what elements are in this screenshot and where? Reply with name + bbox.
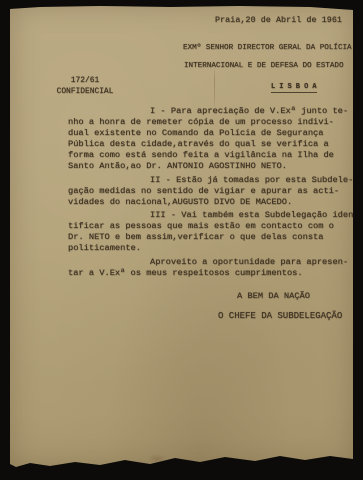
letter-line: tificar as pessoas que mais estão em con…: [68, 221, 352, 232]
letter-line: II - Estão já tomadas por esta Subdele-: [68, 175, 352, 186]
letter-line: Pública desta cidade,através do qual se …: [68, 139, 352, 150]
letter-paper: Praia,20 de Abril de 1961 EXMº SENHOR DI…: [10, 4, 353, 469]
letter-line: politicamente.: [68, 243, 352, 254]
addressee-line-1: EXMº SENHOR DIRECTOR GERAL DA POLÍCIA: [183, 44, 352, 52]
reference-block: 172/61 CONFIDENCIAL: [55, 75, 115, 97]
letter-line: Dr. NETO e bem assim,verificar o que del…: [68, 232, 352, 243]
reference-number: 172/61: [55, 75, 115, 86]
letter-line: dual existente no Comando da Polícia de …: [68, 128, 352, 139]
paper-edge-smudge: [195, 462, 225, 470]
letter-line: nho a honra de remeter cópia de um proce…: [68, 117, 352, 128]
letter-line: tar a V.Exª os meus respeitosos cumprime…: [68, 268, 352, 279]
letter-line: I - Para apreciação de V.Exª junto te-: [68, 106, 352, 117]
letter-line: vidades do nacional,AUGUSTO DIVO DE MACE…: [68, 197, 352, 208]
letter-paragraph: Aproveito a oportunidade para apresen-ta…: [68, 257, 352, 279]
letter-paragraph: I - Para apreciação de V.Exª junto te-nh…: [68, 106, 352, 172]
addressee-line-2: INTERNACIONAL E DE DEFESA DO ESTADO: [184, 62, 344, 70]
letter-line: Aproveito a oportunidade para apresen-: [68, 257, 352, 268]
paper-crease: [214, 66, 215, 110]
scanned-document: Praia,20 de Abril de 1961 EXMº SENHOR DI…: [0, 0, 363, 480]
letter-body: I - Para apreciação de V.Exª junto te-nh…: [68, 106, 352, 281]
signature-title: O CHEFE DA SUBDELEGAÇÃO: [218, 311, 342, 321]
dateline: Praia,20 de Abril de 1961: [215, 16, 342, 25]
letter-paragraph: II - Estão já tomadas por esta Subdele-g…: [68, 175, 352, 208]
addressee-city: L I S B O A: [271, 83, 317, 93]
letter-line: gação medidas no sentido de vigiar e apu…: [68, 186, 352, 197]
letter-paragraph: III - Vai também esta Subdelegação iden-…: [68, 210, 352, 254]
letter-line: Santo Antão,ao Dr. ANTONIO AGOSTINHO NET…: [68, 161, 352, 172]
classification-label: CONFIDENCIAL: [55, 86, 115, 97]
paper-stain: [148, 454, 166, 463]
letter-line: III - Vai também esta Subdelegação iden-: [68, 210, 352, 221]
letter-line: forma como está sendo feita a vigilância…: [68, 150, 352, 161]
closing-motto: A BEM DA NAÇÃO: [237, 291, 310, 301]
